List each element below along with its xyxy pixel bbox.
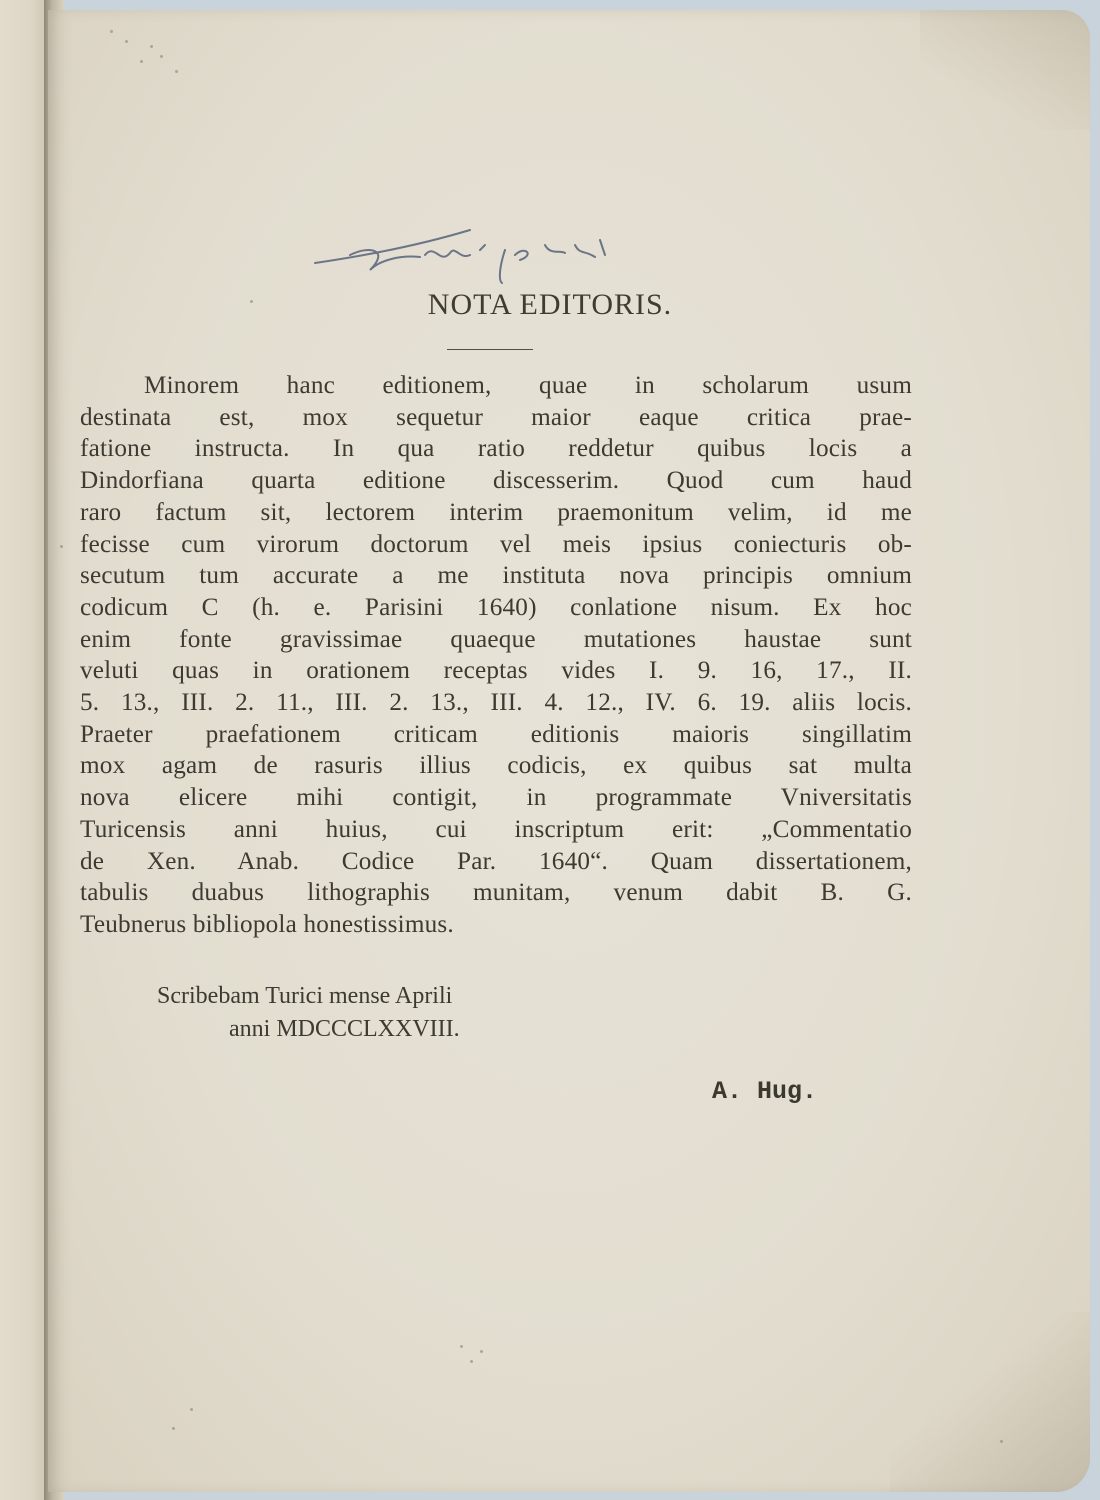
text-line: Turicensis anni huius, cui inscriptum er… bbox=[80, 814, 912, 846]
text-line: raro factum sit, lectorem interim praemo… bbox=[80, 497, 912, 529]
closing-place: Scribebam Turici mense Aprili bbox=[157, 980, 460, 1013]
text-line: mox agam de rasuris illius codicis, ex q… bbox=[80, 750, 912, 782]
handwritten-signature bbox=[310, 225, 670, 285]
text-line: secutum tum accurate a me instituta nova… bbox=[80, 560, 912, 592]
text-line: de Xen. Anab. Codice Par. 1640“. Quam di… bbox=[80, 846, 912, 878]
editor-note-paragraph: Minorem hanc editionem, quae in scholaru… bbox=[80, 370, 912, 941]
text-line: destinata est, mox sequetur maior eaque … bbox=[80, 402, 912, 434]
text-line: fecisse cum virorum doctorum vel meis ip… bbox=[80, 529, 912, 561]
worn-corner-bottom bbox=[890, 1312, 1090, 1492]
page-title: NOTA EDITORIS. bbox=[0, 288, 1100, 322]
text-line: Teubnerus bibliopola honestissimus. bbox=[80, 909, 912, 941]
closing-date: anni MDCCCLXXVIII. bbox=[157, 1013, 460, 1046]
text-line: veluti quas in orationem receptas vides … bbox=[80, 655, 912, 687]
text-line: codicum C (h. e. Parisini 1640) conlatio… bbox=[80, 592, 912, 624]
text-line: 5. 13., III. 2. 11., III. 2. 13., III. 4… bbox=[80, 687, 912, 719]
text-line: enim fonte gravissimae quaeque mutatione… bbox=[80, 624, 912, 656]
text-line: Minorem hanc editionem, quae in scholaru… bbox=[80, 370, 912, 402]
worn-corner-top bbox=[920, 10, 1090, 130]
text-line: tabulis duabus lithographis munitam, ven… bbox=[80, 877, 912, 909]
title-divider bbox=[447, 349, 533, 350]
text-line: Praeter praefationem criticam editionis … bbox=[80, 719, 912, 751]
text-line: nova elicere mihi contigit, in programma… bbox=[80, 782, 912, 814]
text-line: Dindorfiana quarta editione discesserim.… bbox=[80, 465, 912, 497]
closing-block: Scribebam Turici mense Aprili anni MDCCC… bbox=[157, 980, 460, 1046]
left-page-edge bbox=[0, 0, 46, 1500]
text-line: fatione instructa. In qua ratio reddetur… bbox=[80, 433, 912, 465]
author-signature: A. Hug. bbox=[712, 1077, 817, 1106]
